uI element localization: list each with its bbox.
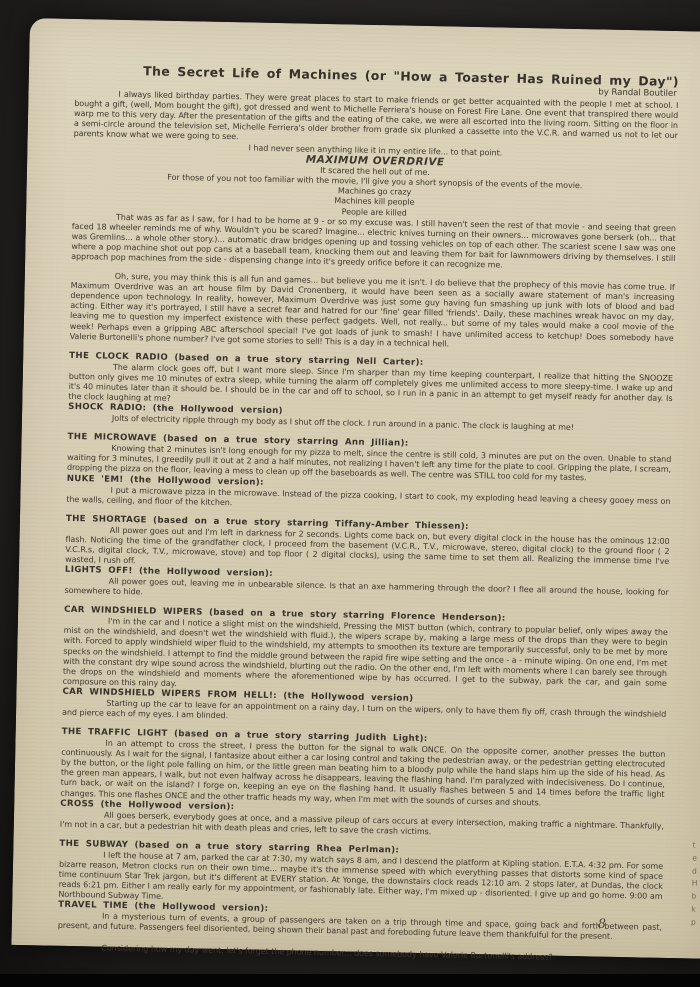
page-content: The Secret Life of Machines (or "How a T…: [57, 63, 679, 965]
intro-paragraph-2: That was as far as I saw, for I had to b…: [71, 212, 676, 275]
section-clock-radio: THE CLOCK RADIO (based on a true story s…: [68, 351, 673, 436]
section-traffic-light: THE TRAFFIC LIGHT (based on a true story…: [60, 727, 666, 842]
scan-bottom-black-strip: [0, 974, 700, 987]
intro-paragraph-3: Oh, sure, you may think this is all fun …: [70, 271, 675, 354]
scan-background: The Secret Life of Machines (or "How a T…: [0, 0, 700, 987]
adjacent-page-edge-text: t e d H b k p: [691, 839, 700, 929]
zine-page: The Secret Life of Machines (or "How a T…: [11, 18, 700, 959]
section-windshield-wipers: CAR WINDSHIELD WIPERS (based on a true s…: [62, 605, 668, 730]
section-microwave: THE MICROWAVE (based on a true story sta…: [66, 432, 671, 517]
section-subway: THE SUBWAY (based on a true story starri…: [58, 839, 664, 944]
section-body: I'm in the car and I notice a slight mis…: [63, 616, 668, 699]
section-shortage: THE SHORTAGE (based on a true story star…: [64, 514, 670, 609]
page-number: 8: [598, 916, 606, 931]
closing-line: Considering how my day went, let's forge…: [57, 942, 661, 964]
